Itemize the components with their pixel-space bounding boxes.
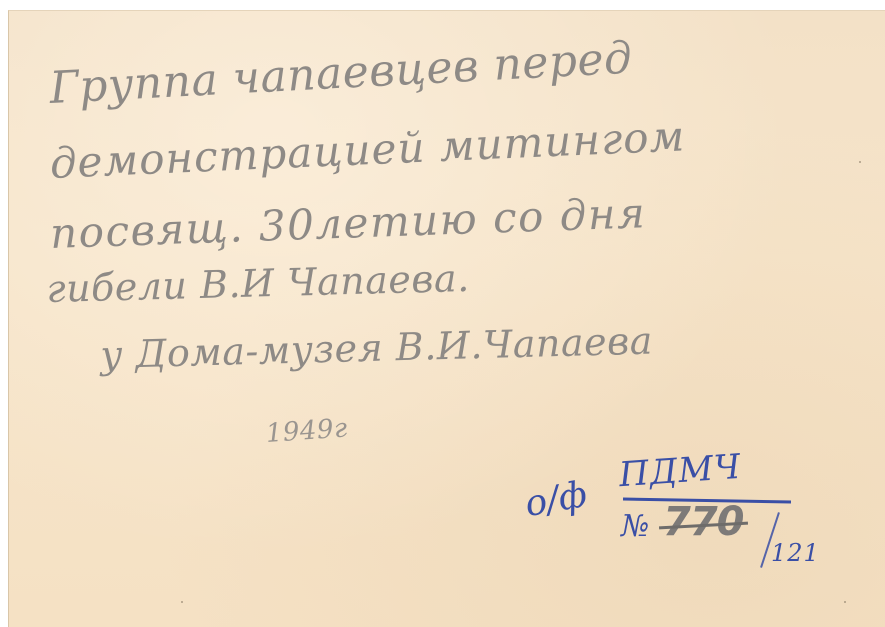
caption-line-1: Группа чапаевцев перед bbox=[48, 33, 633, 114]
archive-prefix: о/ф bbox=[522, 474, 590, 525]
scan-page: Группа чапаевцев перед демонстрацией мит… bbox=[0, 0, 885, 627]
crossed-out-number: 770 bbox=[663, 499, 744, 545]
caption-line-3: посвящ. 30летию со дня bbox=[49, 188, 647, 258]
archive-fund-code: ПДМЧ bbox=[618, 447, 743, 495]
paper-speck bbox=[181, 601, 183, 603]
number-sign: № bbox=[621, 509, 649, 544]
caption-line-4: гибели В.И Чапаева. bbox=[46, 256, 470, 311]
archive-inventory-mark: о/ф ПДМЧ № 770 121 bbox=[521, 451, 811, 581]
caption-year: 1949г bbox=[265, 413, 349, 449]
paper-speck bbox=[859, 161, 861, 163]
caption-line-2: демонстрацией митингом bbox=[49, 111, 686, 188]
paper-speck bbox=[844, 601, 846, 603]
caption-line-5: у Дома-музея В.И.Чапаева bbox=[100, 319, 654, 377]
new-inventory-number: 121 bbox=[771, 539, 820, 567]
photo-card-back: Группа чапаевцев перед демонстрацией мит… bbox=[8, 10, 885, 627]
